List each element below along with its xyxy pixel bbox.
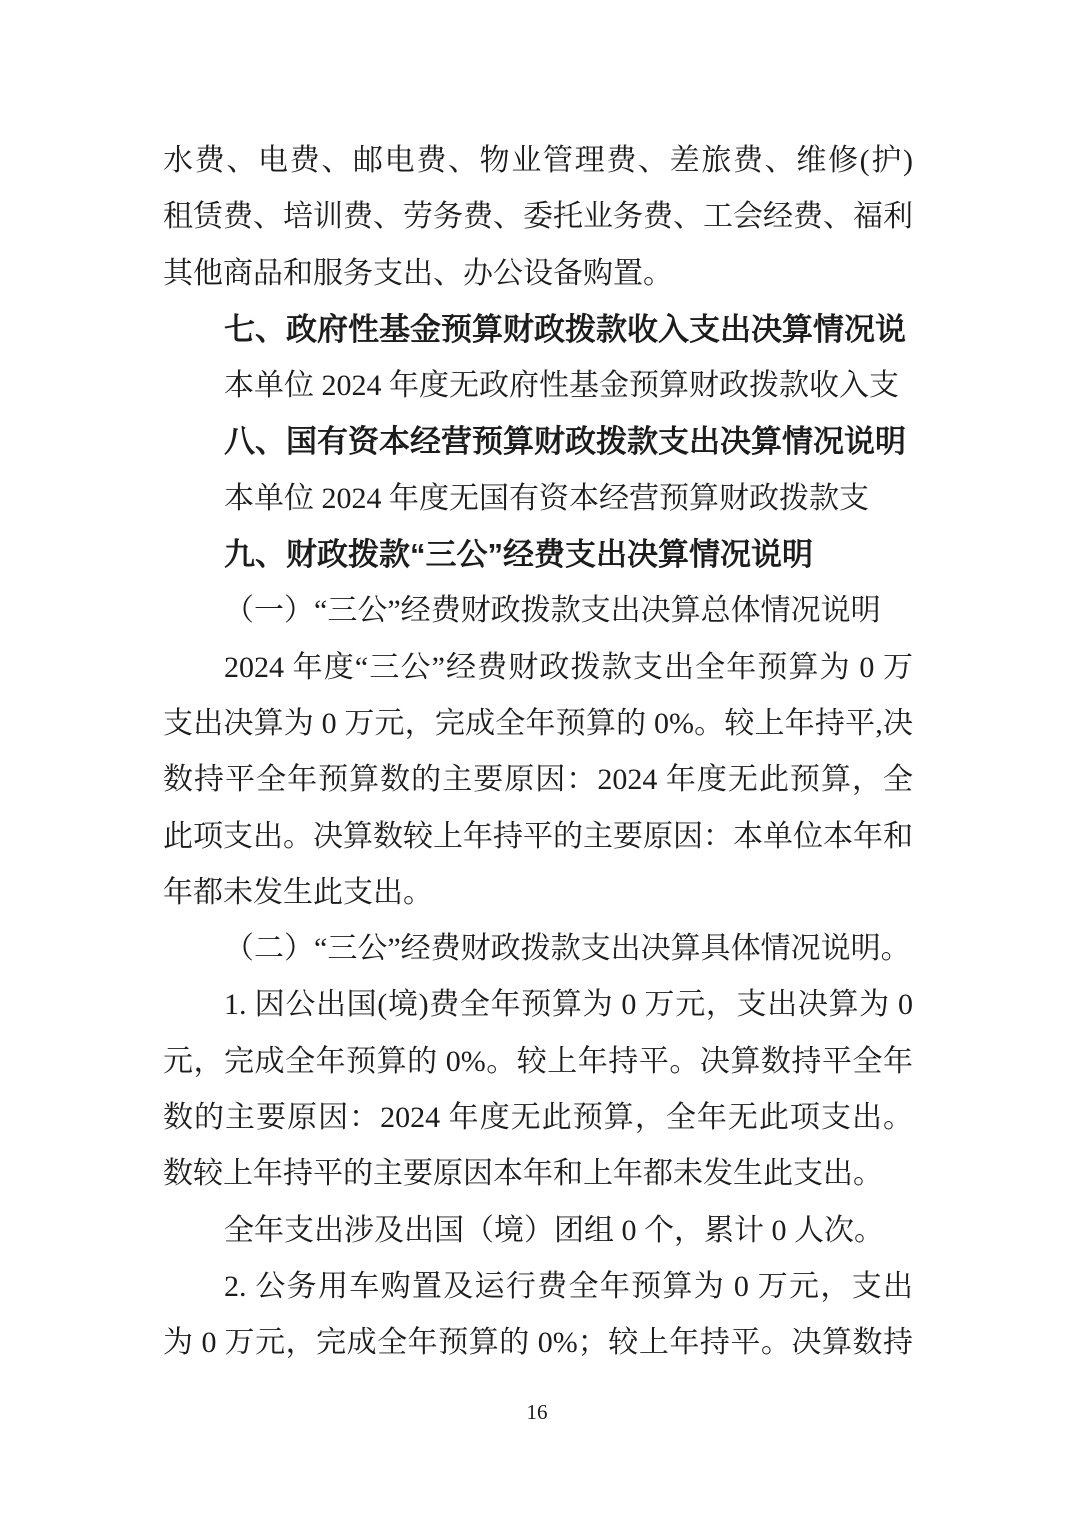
body-line: 为 0 万元，完成全年预算的 0%；较上年持平。决算数持平全: [163, 1315, 913, 1371]
body-line: 数的主要原因：2024 年度无此预算，全年无此项支出。决算: [163, 1090, 913, 1146]
body-line: 支出决算为 0 万元，完成全年预算的 0%。较上年持平,决算: [163, 696, 913, 752]
page-body: 水费、电费、邮电费、物业管理费、差旅费、维修(护)费、 租赁费、培训费、劳务费、…: [163, 133, 913, 1372]
subsection-heading-2: （二）“三公”经费财政拨款支出决算具体情况说明。: [163, 921, 913, 977]
body-line: 此项支出。决算数较上年持平的主要原因：本单位本年和上: [163, 809, 913, 865]
document-page: 水费、电费、邮电费、物业管理费、差旅费、维修(护)费、 租赁费、培训费、劳务费、…: [0, 0, 1074, 1520]
body-line: 全年支出涉及出国（境）团组 0 个，累计 0 人次。: [163, 1203, 913, 1259]
body-line: 本单位 2024 年度无政府性基金预算财政拨款收入支出。: [163, 358, 913, 414]
body-line: 本单位 2024 年度无国有资本经营预算财政拨款支出。: [163, 471, 913, 527]
body-line: 元，完成全年预算的 0%。较上年持平。决算数持平全年预算: [163, 1034, 913, 1090]
body-line: 数持平全年预算数的主要原因：2024 年度无此预算，全年无: [163, 752, 913, 808]
section-heading-7: 七、政府性基金预算财政拨款收入支出决算情况说明: [163, 302, 913, 358]
section-heading-9: 九、财政拨款“三公”经费支出决算情况说明: [163, 527, 913, 583]
subsection-heading-1: （一）“三公”经费财政拨款支出决算总体情况说明: [163, 583, 913, 639]
body-line: 2024 年度“三公”经费财政拨款支出全年预算为 0 万元，: [163, 640, 913, 696]
body-line: 水费、电费、邮电费、物业管理费、差旅费、维修(护)费、: [163, 133, 913, 189]
body-line: 2. 公务用车购置及运行费全年预算为 0 万元，支出决算: [163, 1259, 913, 1315]
body-line: 租赁费、培训费、劳务费、委托业务费、工会经费、福利费、: [163, 189, 913, 245]
body-line: 数较上年持平的主要原因本年和上年都未发生此支出。: [163, 1146, 913, 1202]
body-line: 1. 因公出国(境)费全年预算为 0 万元，支出决算为 0 万: [163, 977, 913, 1033]
body-line: 其他商品和服务支出、办公设备购置。: [163, 246, 913, 302]
section-heading-8: 八、国有资本经营预算财政拨款支出决算情况说明: [163, 414, 913, 470]
page-number: 16: [0, 1400, 1074, 1425]
body-line: 年都未发生此支出。: [163, 865, 913, 921]
